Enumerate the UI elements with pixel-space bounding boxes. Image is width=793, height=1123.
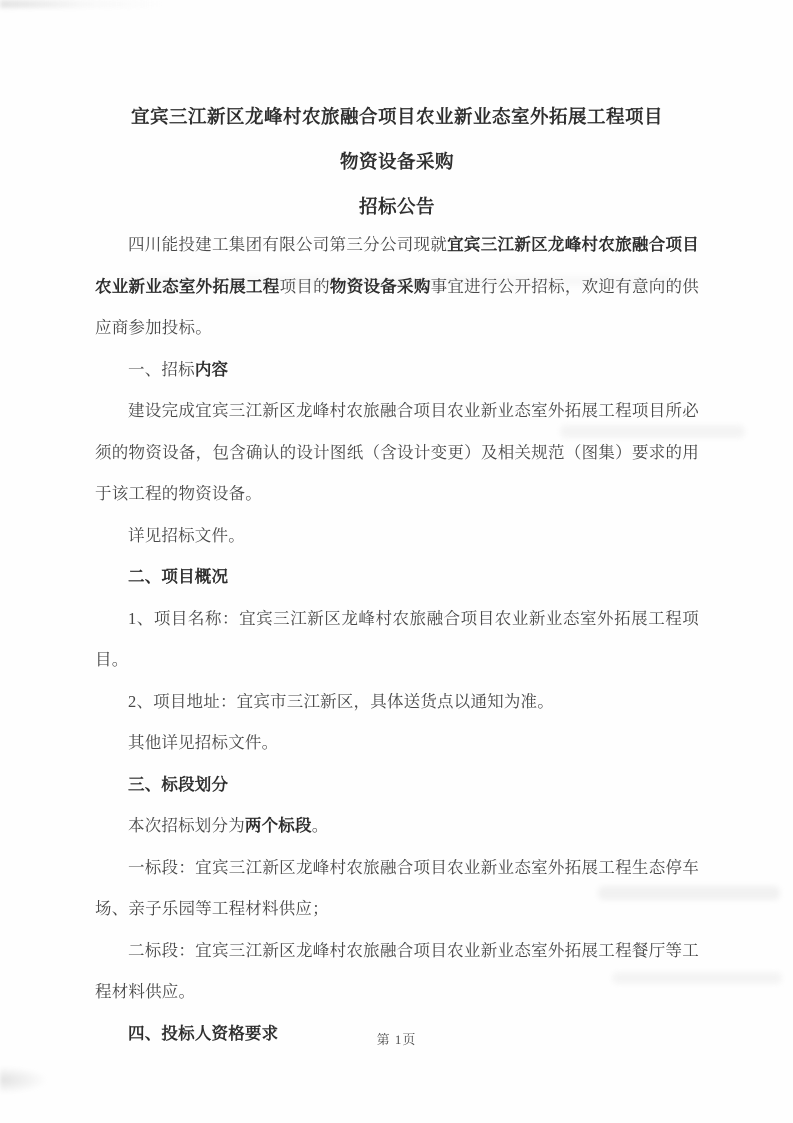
text-run-bold: 两个标段 <box>245 816 312 835</box>
text-run: 2、项目地址：宜宾市三江新区，具体送货点以通知为准。 <box>128 692 554 711</box>
text-run-bold: 三、标段划分 <box>128 775 228 794</box>
paragraph-other-details: 其他详见招标文件。 <box>95 722 699 764</box>
text-run: 建设完成宜宾三江新区龙峰村农旅融合项目农业新业态室外拓展工程项目所必须的物资设备… <box>95 401 699 503</box>
text-run: 四川能投建工集团有限公司第三分公司现就 <box>128 235 447 254</box>
text-run-bold: 内容 <box>195 360 228 379</box>
text-run: 一、招标 <box>128 360 195 379</box>
paragraph-section-1: 一标段：宜宾三江新区龙峰村农旅融合项目农业新业态室外拓展工程生态停车场、亲子乐园… <box>95 847 699 930</box>
title-line-project: 宜宾三江新区龙峰村农旅融合项目农业新业态室外拓展工程项目 <box>95 96 699 141</box>
page-number: 第 1页 <box>0 1029 793 1048</box>
intro-paragraph: 四川能投建工集团有限公司第三分公司现就宜宾三江新区龙峰村农旅融合项目农业新业态室… <box>95 224 699 349</box>
paragraph-section-2: 二标段：宜宾三江新区龙峰村农旅融合项目农业新业态室外拓展工程餐厅等工程材料供应。 <box>95 930 699 1013</box>
document-page: 宜宾三江新区龙峰村农旅融合项目农业新业态室外拓展工程项目 物资设备采购 招标公告… <box>0 0 793 1123</box>
paragraph-bid-scope: 建设完成宜宾三江新区龙峰村农旅融合项目农业新业态室外拓展工程项目所必须的物资设备… <box>95 390 699 515</box>
heading-project-overview: 二、项目概况 <box>95 556 699 598</box>
text-run: 二标段：宜宾三江新区龙峰村农旅融合项目农业新业态室外拓展工程餐厅等工程材料供应。 <box>95 941 699 1002</box>
text-run: 项目的 <box>280 277 330 296</box>
text-run: 一标段：宜宾三江新区龙峰村农旅融合项目农业新业态室外拓展工程生态停车场、亲子乐园… <box>95 858 699 919</box>
text-run: 。 <box>312 816 329 835</box>
document-title: 宜宾三江新区龙峰村农旅融合项目农业新业态室外拓展工程项目 物资设备采购 招标公告 <box>95 96 699 231</box>
scan-artifact <box>0 1066 48 1094</box>
heading-bid-content: 一、招标内容 <box>95 349 699 391</box>
document-body: 四川能投建工集团有限公司第三分公司现就宜宾三江新区龙峰村农旅融合项目农业新业态室… <box>95 224 699 1054</box>
text-run: 1、项目名称：宜宾三江新区龙峰村农旅融合项目农业新业态室外拓展工程项目。 <box>95 609 699 670</box>
paragraph-see-docs: 详见招标文件。 <box>95 515 699 557</box>
scan-artifact <box>0 0 168 8</box>
title-line-procurement: 物资设备采购 <box>95 141 699 186</box>
text-run: 详见招标文件。 <box>128 526 245 545</box>
item-project-name: 1、项目名称：宜宾三江新区龙峰村农旅融合项目农业新业态室外拓展工程项目。 <box>95 598 699 681</box>
text-run-bold: 二、项目概况 <box>128 567 228 586</box>
heading-bid-sections: 三、标段划分 <box>95 764 699 806</box>
text-run-bold: 物资设备采购 <box>330 277 431 296</box>
text-run: 其他详见招标文件。 <box>128 733 278 752</box>
text-run: 本次招标划分为 <box>128 816 245 835</box>
paragraph-section-count: 本次招标划分为两个标段。 <box>95 805 699 847</box>
item-project-address: 2、项目地址：宜宾市三江新区，具体送货点以通知为准。 <box>95 681 699 723</box>
